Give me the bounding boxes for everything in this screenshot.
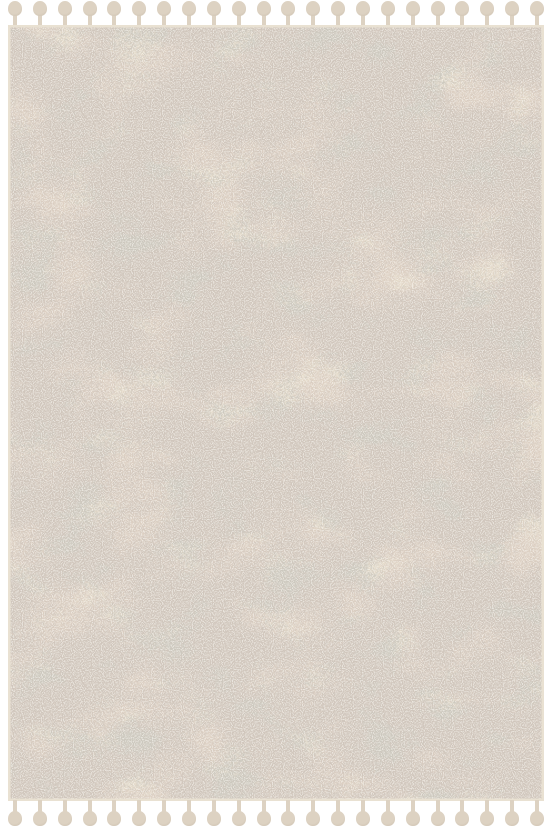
rug xyxy=(8,25,544,801)
tassel xyxy=(157,0,171,28)
tassel xyxy=(431,800,445,828)
tassel xyxy=(157,800,171,828)
tassel xyxy=(33,0,47,28)
tassel xyxy=(480,800,494,828)
tassel xyxy=(406,800,420,828)
rug-pattern xyxy=(8,25,544,801)
tassel xyxy=(455,0,469,28)
tassel xyxy=(281,0,295,28)
tassel xyxy=(530,800,544,828)
tassel xyxy=(207,0,221,28)
tassel xyxy=(132,0,146,28)
tassel xyxy=(306,800,320,828)
tassel xyxy=(58,0,72,28)
tassel xyxy=(232,800,246,828)
tassel xyxy=(107,0,121,28)
tassel xyxy=(8,0,22,28)
tassel xyxy=(505,0,519,28)
tassel xyxy=(381,0,395,28)
tassel xyxy=(232,0,246,28)
tassel xyxy=(306,0,320,28)
tassel xyxy=(207,800,221,828)
tassel xyxy=(406,0,420,28)
tassel xyxy=(33,800,47,828)
tassel xyxy=(331,800,345,828)
tassel xyxy=(505,800,519,828)
tassel xyxy=(356,0,370,28)
tassel xyxy=(83,800,97,828)
tassel xyxy=(530,0,544,28)
tassel xyxy=(455,800,469,828)
tassel xyxy=(182,0,196,28)
tassel xyxy=(132,800,146,828)
top-tassel-fringe xyxy=(8,0,544,28)
tassel xyxy=(381,800,395,828)
bottom-tassel-fringe xyxy=(8,800,544,828)
tassel xyxy=(83,0,97,28)
tassel xyxy=(257,0,271,28)
tassel xyxy=(281,800,295,828)
tassel xyxy=(480,0,494,28)
tassel xyxy=(8,800,22,828)
tassel xyxy=(356,800,370,828)
tassel xyxy=(431,0,445,28)
tassel xyxy=(107,800,121,828)
product-image xyxy=(0,0,552,828)
tassel xyxy=(257,800,271,828)
tassel xyxy=(331,0,345,28)
tassel xyxy=(58,800,72,828)
tassel xyxy=(182,800,196,828)
